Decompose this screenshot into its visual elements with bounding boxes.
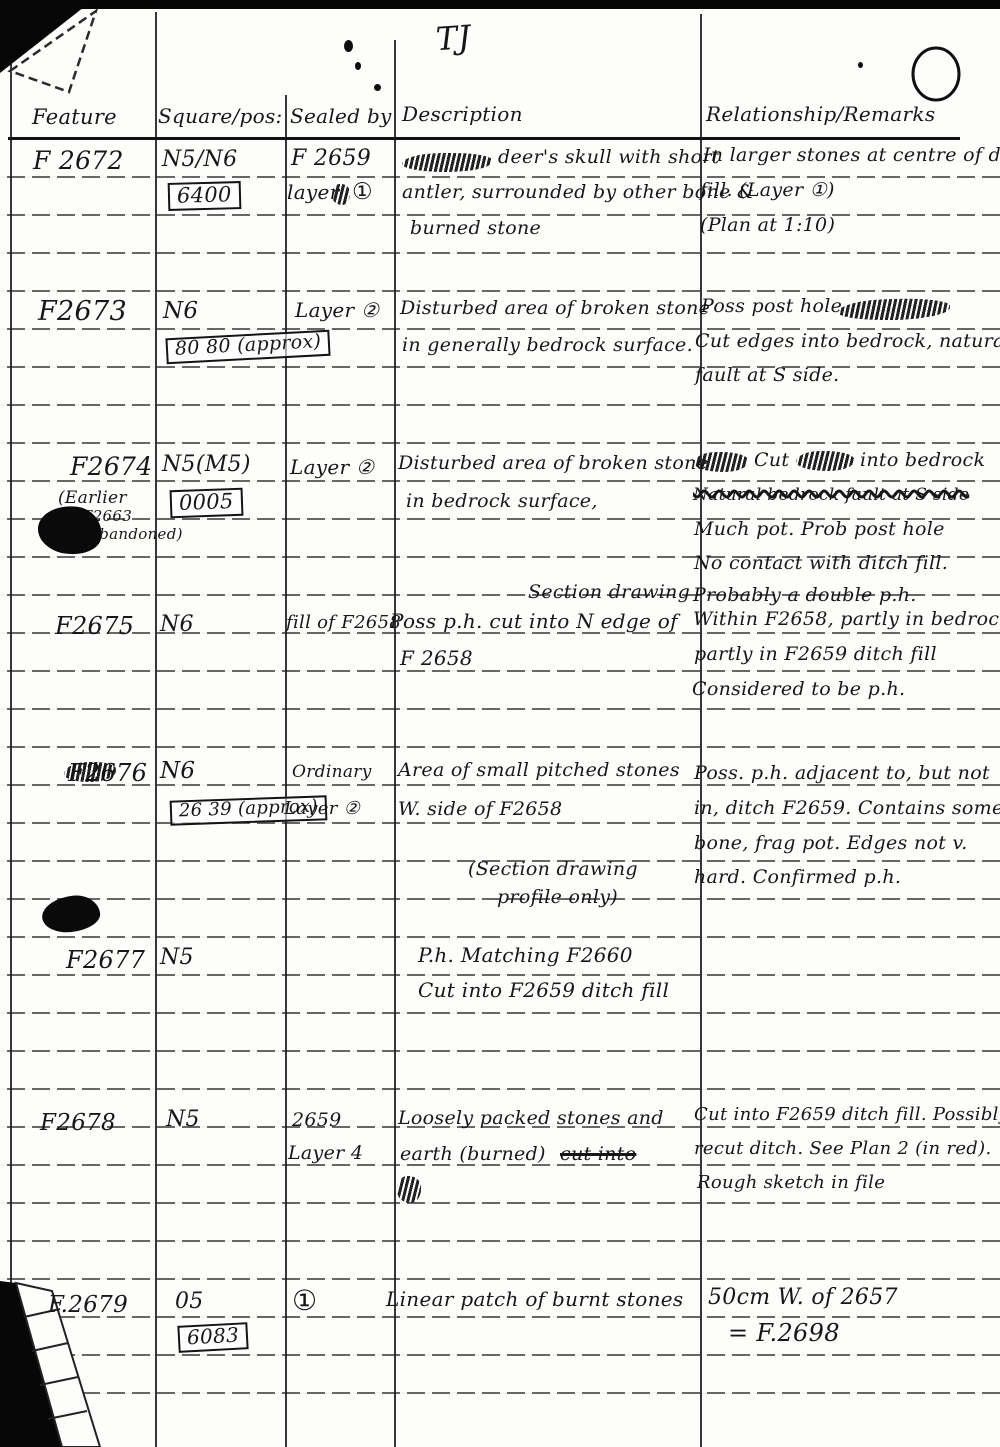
remarks-line: into bedrock [860, 451, 985, 471]
description-line: burned stone [410, 219, 541, 239]
feature-id: F 2672 [33, 148, 124, 174]
remarks-line: (Plan at 1:10) [700, 216, 835, 236]
column-line-sealed [394, 40, 396, 1447]
sealed-by-layer: Layer ② [295, 300, 379, 321]
header-underline [8, 137, 960, 140]
remarks-line: Poss. p.h. adjacent to, but not [694, 764, 990, 784]
finds-number-box: 6400 [168, 181, 241, 211]
column-line-square [285, 95, 287, 1447]
remarks-line: Poss post hole [701, 297, 842, 317]
finds-number-box: 0005 [170, 488, 244, 519]
column-header-remarks: Relationship/Remarks [706, 104, 935, 125]
remarks-line: Probably a double p.h. [693, 586, 917, 606]
feature-id: F2677 [66, 948, 145, 973]
sealed-by-layer: Layer ② [284, 800, 360, 819]
page-left-border [10, 12, 12, 1447]
remarks-line: Much pot. Prob post hole [694, 520, 945, 540]
square-pos: N5 [166, 1108, 200, 1131]
sealed-by: F 2659 [291, 147, 371, 170]
remarks-line: fault at S side. [695, 366, 839, 386]
description-line: deer's skull with short [498, 148, 720, 168]
remarks-line: Cut [754, 451, 789, 471]
scan-circle-mark [908, 44, 964, 104]
layer-circled-number: ① [352, 180, 373, 204]
column-header-sealed: Sealed by [290, 106, 392, 127]
scribbled-word [694, 452, 748, 472]
remarks-line: Cut into F2659 ditch fill. Possibly [694, 1106, 1000, 1125]
description-line: Linear patch of burnt stones [386, 1289, 683, 1310]
scribbled-word [838, 297, 951, 322]
square-pos: N6 [160, 613, 194, 636]
scan-edge-bar [56, 0, 1000, 9]
square-pos: 05 [175, 1290, 204, 1313]
remarks-line: In larger stones at centre of ditch [703, 146, 1000, 166]
feature-id: F2675 [55, 614, 134, 639]
finds-number-box: 80 80 (approx) [165, 330, 330, 365]
remarks-line: Within F2658, partly in bedrock [693, 610, 1000, 630]
description-line: Disturbed area of broken stone [400, 299, 710, 319]
description-line: F 2658 [400, 648, 473, 669]
scribbled-word [796, 451, 854, 471]
description-line: W. side of F2658 [398, 800, 562, 820]
description-line: Loosely packed stones and [398, 1109, 664, 1129]
feature-note: abandoned) [90, 527, 183, 543]
column-header-feature: Feature [32, 106, 117, 128]
remarks-line: partly in F2659 ditch fill [694, 645, 937, 665]
sealed-by: Ordinary [292, 764, 372, 782]
scribbled-word [402, 152, 492, 173]
torn-corner-top-left [0, 0, 140, 115]
remarks-line: in, ditch F2659. Contains some [694, 799, 1000, 819]
feature-id: F2673 [38, 298, 127, 326]
remarks-line: hard. Confirmed p.h. [694, 868, 901, 888]
description-struck-word: cut into [560, 1145, 636, 1165]
ink-speck [858, 62, 863, 68]
remarks-line-struck: Natural bedrock fault at S side [693, 487, 969, 505]
description-line: P.h. Matching F2660 [418, 945, 633, 966]
feature-note: (Earlier [58, 490, 127, 508]
sealed-by: fill of F2658 [286, 614, 401, 633]
square-pos: N6 [160, 759, 195, 783]
square-pos: N5 [160, 946, 194, 969]
remarks-line: Considered to be p.h. [692, 680, 905, 700]
remarks-line: = F.2698 [728, 1321, 840, 1346]
square-pos: N5(M5) [162, 453, 251, 476]
remarks-line: fill. (Layer ①) [700, 181, 835, 201]
sealed-by-circled-number: ① [292, 1286, 317, 1315]
sealed-by: 2659 [292, 1111, 342, 1131]
section-drawing-note: Section drawing [528, 583, 690, 603]
sealed-by-layer: Layer ② [290, 457, 374, 478]
description-line: Cut into F2659 ditch fill [418, 980, 669, 1001]
feature-id: F2674 [70, 454, 152, 480]
remarks-line: No contact with ditch fill. [694, 554, 948, 574]
column-header-description: Description [402, 104, 523, 125]
description-line: Disturbed area of broken stone [398, 454, 708, 474]
remarks-line: recut ditch. See Plan 2 (in red). [694, 1140, 991, 1159]
description-line: Area of small pitched stones [398, 761, 680, 781]
ink-speck [355, 62, 361, 70]
remarks-line: bone, frag pot. Edges not v. [694, 834, 968, 854]
ink-blob [40, 893, 101, 935]
square-pos: N6 [163, 299, 198, 323]
description-line: in bedrock surface, [406, 492, 598, 512]
description-line: Poss p.h. cut into N edge of [390, 611, 678, 632]
page-mark: TJ [435, 21, 472, 57]
remarks-line: 50cm W. of 2657 [708, 1286, 898, 1309]
scribbled-word [332, 184, 350, 205]
scribbled-word [397, 1176, 421, 1203]
feature-id: F2678 [40, 1111, 116, 1135]
description-line: earth (burned) [400, 1145, 546, 1165]
remarks-line: Rough sketch in file [697, 1174, 885, 1193]
remarks-line: Cut edges into bedrock, natural [695, 332, 1000, 352]
square-pos: N5/N6 [162, 148, 237, 171]
finds-number-box: 6083 [177, 1322, 248, 1353]
section-drawing-note: (Section drawing [468, 860, 638, 880]
ink-speck [374, 84, 381, 91]
section-drawing-note: profile only) [497, 888, 618, 908]
sealed-by-layer: Layer 4 [288, 1144, 363, 1164]
ink-speck [344, 40, 353, 52]
scanned-record-sheet: TJ Feature Square/pos: Sealed by Descrip… [0, 0, 1000, 1447]
column-header-square: Square/pos: [158, 106, 283, 127]
column-line-feature [155, 12, 157, 1447]
description-line: in generally bedrock surface. [402, 336, 693, 356]
feature-id: F.2679 [48, 1293, 128, 1317]
